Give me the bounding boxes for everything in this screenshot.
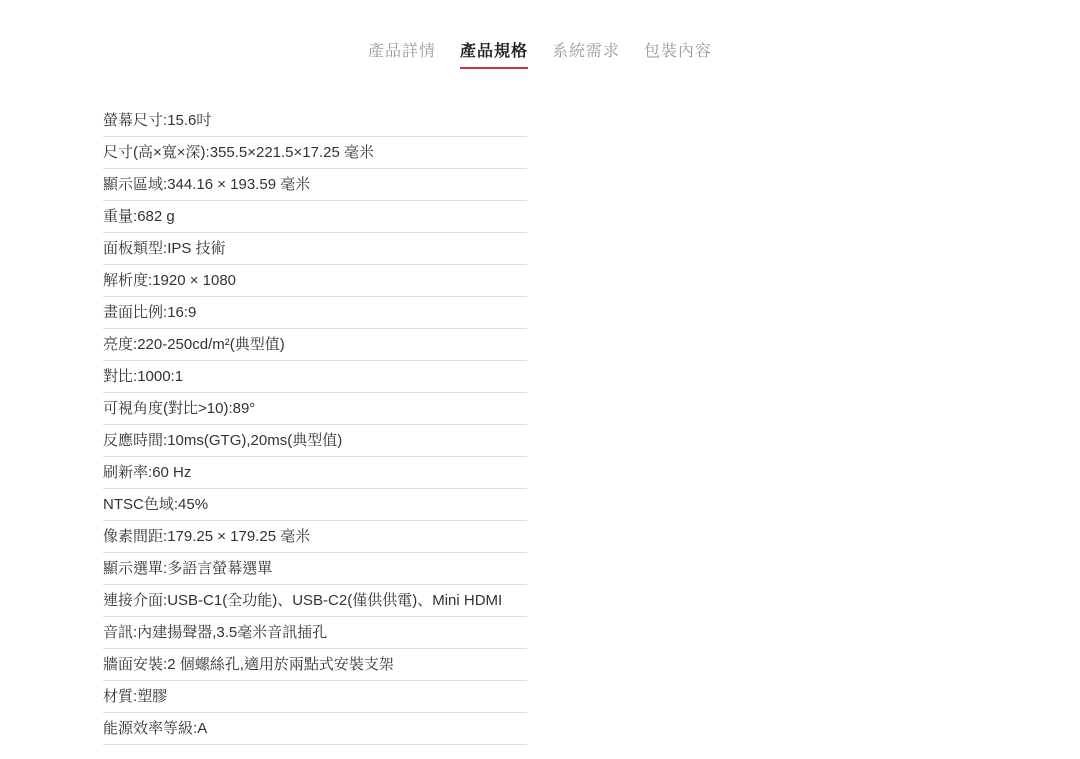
spec-row: 顯示區域:344.16 × 193.59 毫米 xyxy=(103,169,527,201)
spec-label: 亮度 xyxy=(103,336,133,353)
spec-label: 螢幕尺寸 xyxy=(103,112,163,129)
spec-value: 16:9 xyxy=(167,304,196,321)
spec-label: 尺寸(高×寬×深) xyxy=(103,144,206,161)
spec-value: 10ms(GTG),20ms(典型值) xyxy=(167,432,342,449)
spec-row: 解析度:1920 × 1080 xyxy=(103,265,527,297)
spec-row: 對比:1000:1 xyxy=(103,361,527,393)
spec-label: 重量 xyxy=(103,208,133,225)
spec-value: 89° xyxy=(233,400,256,417)
spec-value: IPS 技術 xyxy=(167,240,225,257)
tab-label: 系統需求 xyxy=(552,43,620,60)
spec-value: 多語言螢幕選單 xyxy=(167,560,272,577)
spec-value: 塑膠 xyxy=(137,688,167,705)
spec-row: 能源效率等級:A xyxy=(103,713,527,745)
spec-row: NTSC色域:45% xyxy=(103,489,527,521)
spec-value: 60 Hz xyxy=(152,464,191,481)
product-tab[interactable]: 產品規格 xyxy=(460,38,528,69)
spec-table: 螢幕尺寸:15.6吋 尺寸(高×寬×深):355.5×221.5×17.25 毫… xyxy=(103,105,527,745)
spec-value: 15.6吋 xyxy=(167,112,211,129)
spec-row: 面板類型:IPS 技術 xyxy=(103,233,527,265)
spec-row: 顯示選單:多語言螢幕選單 xyxy=(103,553,527,585)
spec-value: 1000:1 xyxy=(137,368,183,385)
product-tab[interactable]: 產品詳情 xyxy=(368,38,436,69)
product-tab[interactable]: 系統需求 xyxy=(552,38,620,69)
spec-row: 重量:682 g xyxy=(103,201,527,233)
spec-value: 45% xyxy=(178,496,208,513)
spec-label: 能源效率等級 xyxy=(103,720,193,737)
spec-row: 反應時間:10ms(GTG),20ms(典型值) xyxy=(103,425,527,457)
spec-label: NTSC色域 xyxy=(103,496,174,513)
spec-row: 像素間距:179.25 × 179.25 毫米 xyxy=(103,521,527,553)
spec-label: 音訊 xyxy=(103,624,133,641)
spec-value: 179.25 × 179.25 毫米 xyxy=(167,528,310,545)
spec-value: 682 g xyxy=(137,208,175,225)
spec-row: 亮度:220-250cd/m²(典型值) xyxy=(103,329,527,361)
spec-row: 螢幕尺寸:15.6吋 xyxy=(103,105,527,137)
product-tab-bar: 產品詳情 產品規格 系統需求 包裝內容 xyxy=(0,0,1080,69)
spec-row: 牆面安裝:2 個螺絲孔,適用於兩點式安裝支架 xyxy=(103,649,527,681)
spec-value: A xyxy=(197,720,207,737)
spec-label: 牆面安裝 xyxy=(103,656,163,673)
spec-label: 畫面比例 xyxy=(103,304,163,321)
spec-label: 顯示選單 xyxy=(103,560,163,577)
spec-label: 材質 xyxy=(103,688,133,705)
spec-value: 2 個螺絲孔,適用於兩點式安裝支架 xyxy=(167,656,394,673)
spec-label: 對比 xyxy=(103,368,133,385)
spec-label: 面板類型 xyxy=(103,240,163,257)
spec-row: 材質:塑膠 xyxy=(103,681,527,713)
spec-row: 畫面比例:16:9 xyxy=(103,297,527,329)
spec-row: 連接介面:USB-C1(全功能)、USB-C2(僅供供電)、Mini HDMI xyxy=(103,585,527,617)
spec-row: 可視角度(對比>10):89° xyxy=(103,393,527,425)
spec-label: 反應時間 xyxy=(103,432,163,449)
spec-value: 1920 × 1080 xyxy=(152,272,236,289)
spec-row: 音訊:內建揚聲器,3.5毫米音訊插孔 xyxy=(103,617,527,649)
spec-value: 220-250cd/m²(典型值) xyxy=(137,336,285,353)
spec-value: USB-C1(全功能)、USB-C2(僅供供電)、Mini HDMI xyxy=(167,592,502,609)
spec-row: 刷新率:60 Hz xyxy=(103,457,527,489)
tab-label: 產品詳情 xyxy=(368,43,436,60)
spec-value: 355.5×221.5×17.25 毫米 xyxy=(210,144,374,161)
spec-value: 內建揚聲器,3.5毫米音訊插孔 xyxy=(137,624,327,641)
spec-row: 尺寸(高×寬×深):355.5×221.5×17.25 毫米 xyxy=(103,137,527,169)
spec-value: 344.16 × 193.59 毫米 xyxy=(167,176,310,193)
tab-label: 產品規格 xyxy=(460,43,528,60)
spec-label: 像素間距 xyxy=(103,528,163,545)
spec-label: 連接介面 xyxy=(103,592,163,609)
product-tab[interactable]: 包裝內容 xyxy=(644,38,712,69)
tab-label: 包裝內容 xyxy=(644,43,712,60)
spec-label: 可視角度(對比>10) xyxy=(103,400,228,417)
spec-label: 解析度 xyxy=(103,272,148,289)
spec-label: 顯示區域 xyxy=(103,176,163,193)
spec-label: 刷新率 xyxy=(103,464,148,481)
